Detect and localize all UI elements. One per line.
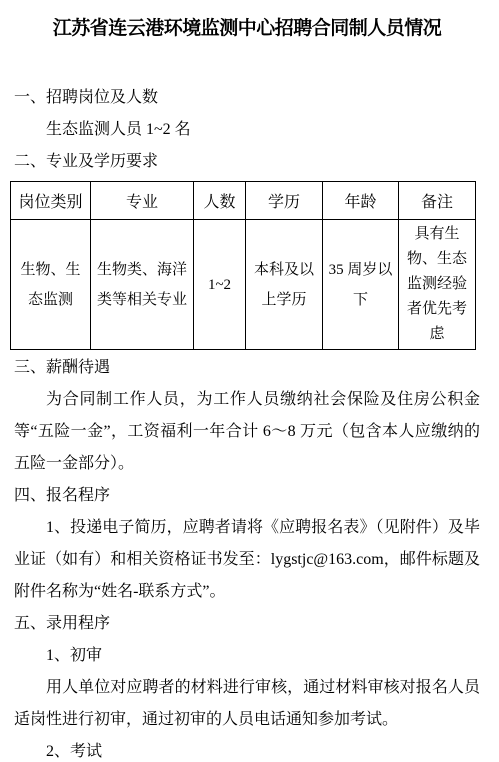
header-cell-count: 人数: [194, 182, 246, 220]
cell-education: 本科及以上学历: [246, 220, 323, 350]
requirements-table: 岗位类别 专业 人数 学历 年龄 备注 生物、生态监测 生物类、海洋类等相关专业…: [10, 181, 476, 350]
section-salary-heading: 三、薪酬待遇: [14, 352, 480, 384]
document-page: 江苏省连云港环境监测中心招聘合同制人员情况 一、招聘岗位及人数 生态监测人员 1…: [0, 0, 499, 762]
header-cell-education: 学历: [246, 182, 323, 220]
header-cell-age: 年龄: [323, 182, 399, 220]
table-data-row: 生物、生态监测 生物类、海洋类等相关专业 1~2 本科及以上学历 35 周岁以下…: [11, 220, 476, 350]
section-application-heading: 四、报名程序: [14, 480, 480, 512]
section-hiring-heading: 五、录用程序: [14, 608, 480, 640]
initial-review-paragraph: 用人单位对应聘者的材料进行审核，通过材料审核对报名人员适岗性进行初审，通过初审的…: [14, 672, 480, 736]
cell-major: 生物类、海洋类等相关专业: [91, 220, 194, 350]
header-cell-position-type: 岗位类别: [11, 182, 91, 220]
application-step-1-paragraph: 1、投递电子简历，应聘者请将《应聘报名表》（见附件）及毕业证（如有）和相关资格证…: [14, 512, 480, 608]
cell-count: 1~2: [194, 220, 246, 350]
header-cell-remarks: 备注: [399, 182, 476, 220]
hiring-step-1-label: 1、初审: [14, 640, 480, 672]
document-title: 江苏省连云港环境监测中心招聘合同制人员情况: [14, 16, 480, 42]
recruitment-count-line: 生态监测人员 1~2 名: [14, 114, 480, 146]
header-cell-major: 专业: [91, 182, 194, 220]
cell-position-type: 生物、生态监测: [11, 220, 91, 350]
hiring-step-2-label: 2、考试: [14, 736, 480, 762]
section-recruitment-heading: 一、招聘岗位及人数: [14, 82, 480, 114]
cell-remarks: 具有生物、生态监测经验者优先考虑: [399, 220, 476, 350]
cell-age: 35 周岁以下: [323, 220, 399, 350]
salary-paragraph: 为合同制工作人员，为工作人员缴纳社会保险及住房公积金等“五险一金”，工资福利一年…: [14, 384, 480, 480]
section-requirements-heading: 二、专业及学历要求: [14, 146, 480, 178]
table-header-row: 岗位类别 专业 人数 学历 年龄 备注: [11, 182, 476, 220]
